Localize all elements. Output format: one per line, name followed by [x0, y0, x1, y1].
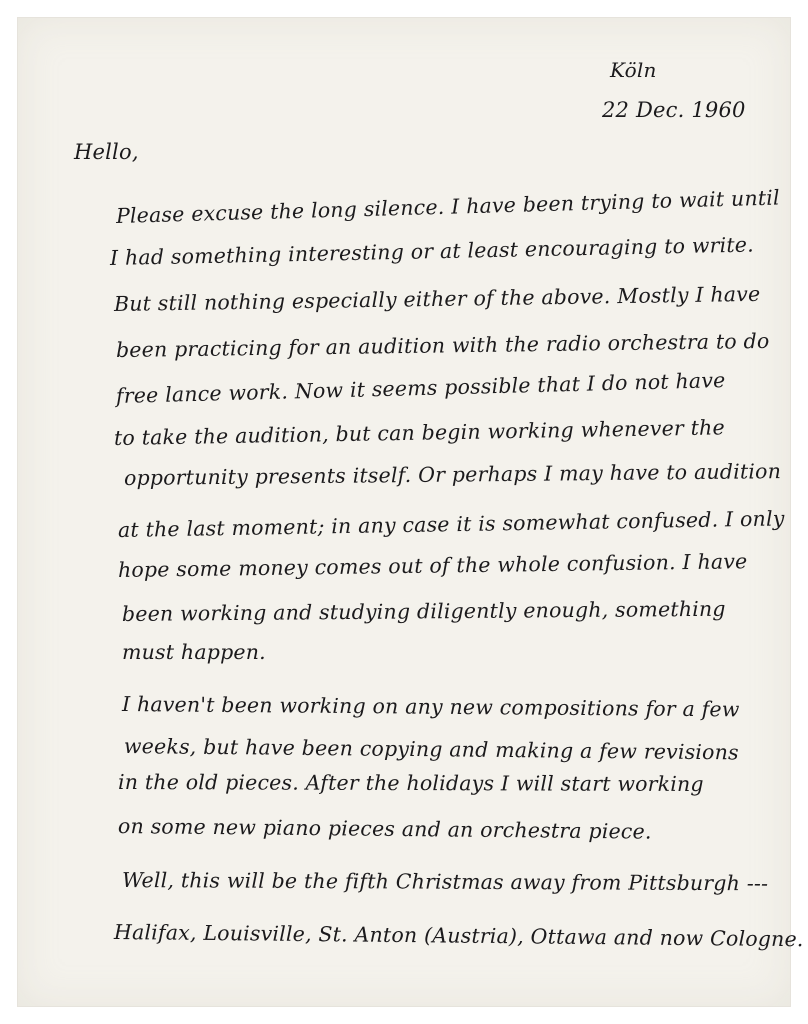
letter-line: But still nothing especially either of t…	[114, 282, 761, 316]
letter-line: at the last moment; in any case it is so…	[118, 506, 785, 542]
letter-date: 22 Dec. 1960	[602, 98, 746, 122]
letter-line: free lance work. Now it seems possible t…	[116, 368, 726, 408]
letter-line: opportunity presents itself. Or perhaps …	[124, 459, 781, 490]
letter-line: Halifax, Louisville, St. Anton (Austria)…	[114, 920, 804, 951]
letter-line: Well, this will be the fifth Christmas a…	[122, 868, 768, 895]
letter-line: been practicing for an audition with the…	[116, 329, 770, 362]
letter-line: hope some money comes out of the whole c…	[118, 549, 748, 582]
letter-line: I had something interesting or at least …	[110, 233, 754, 270]
letter-line: must happen.	[122, 640, 266, 664]
letter-line: on some new piano pieces and an orchestr…	[118, 814, 652, 844]
letter-line: to take the audition, but can begin work…	[114, 415, 725, 450]
letter-line: been working and studying diligently eno…	[122, 597, 726, 626]
letter-page: Köln 22 Dec. 1960 Hello, Please excuse t…	[18, 18, 790, 1006]
letter-line: in the old pieces. After the holidays I …	[118, 770, 704, 796]
letter-line: weeks, but have been copying and making …	[124, 734, 739, 764]
letter-line: Please excuse the long silence. I have b…	[116, 185, 780, 228]
letter-place: Köln	[610, 58, 657, 82]
letter-line: I haven't been working on any new compos…	[122, 692, 740, 721]
letter-greeting: Hello,	[74, 140, 139, 164]
